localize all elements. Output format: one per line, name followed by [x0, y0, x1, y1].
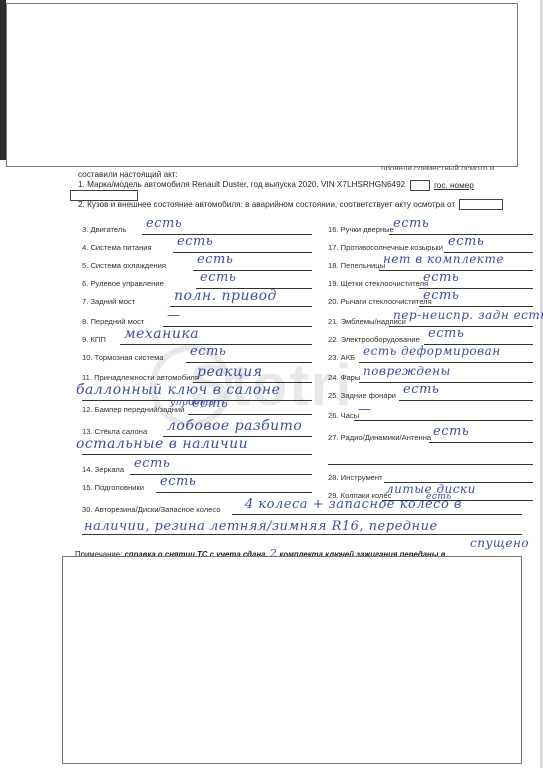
item-handwritten-value: есть: [428, 326, 464, 341]
item-label: 20. Рычаги стеклоочистителя: [328, 297, 432, 306]
vin-tail-field[interactable]: [410, 180, 430, 191]
item-handwritten-value: —: [358, 402, 372, 417]
item-label: 8. Передний мост: [82, 317, 144, 326]
item-label: 9. КПП: [82, 335, 106, 344]
intro-text: составили настоящий акт:: [78, 170, 178, 179]
item-handwritten-value: есть: [423, 288, 459, 303]
item-label: 19. Щетки стеклоочистителя: [328, 279, 428, 288]
redacted-region-bottom: [62, 556, 522, 764]
item-label: 23. АКБ: [328, 353, 355, 362]
item-handwritten-value: есть: [190, 344, 226, 359]
item-30-label: 30. Авторезина/Диски/Запасное колесо: [82, 505, 221, 514]
item-label: 28. Инструмент: [328, 473, 383, 482]
inspection-date-field[interactable]: [459, 199, 503, 210]
item-fill-line: [156, 492, 312, 493]
item-handwritten-value: есть: [177, 234, 213, 249]
item-fill-line: [359, 362, 533, 363]
item-handwritten-value: повреждены: [363, 364, 451, 378]
item-30-handwriting-3: спущено: [470, 536, 529, 550]
item-handwritten-value: есть: [393, 216, 429, 231]
item-handwritten-value: есть: [433, 424, 469, 439]
item-fill-line: [170, 306, 312, 307]
redacted-region-top: [6, 3, 518, 167]
item-handwritten-value: есть: [160, 474, 196, 489]
item-fill-line: [130, 474, 312, 475]
item-handwritten-value-extra: есть: [426, 492, 452, 502]
item-label: 14. Зеркала: [82, 465, 124, 474]
item-handwritten-value: есть: [200, 270, 236, 285]
item-handwritten-value: есть: [146, 216, 182, 231]
item-label: 27. Радио/Динамики/Антенна: [328, 433, 431, 442]
item1-text: 1. Марка/модель автомобиля Renault Duste…: [78, 180, 405, 189]
item-fill-line: [419, 306, 533, 307]
item-fill-line: [399, 400, 533, 401]
item-fill-line-2: [82, 454, 312, 455]
left-item-row: 15. Подголовники: [82, 480, 312, 494]
item-label: 6. Рулевое управление: [82, 279, 164, 288]
right-item-row: [328, 452, 533, 466]
item-fill-line: [186, 362, 312, 363]
item-label: 12. Бампер передний/задний: [82, 405, 184, 414]
item-label: 5. Система охлаждения: [82, 261, 166, 270]
item-label: 15. Подголовники: [82, 483, 144, 492]
item-handwritten-value: есть: [197, 252, 233, 267]
item-handwritten-value: лобовое разбито: [167, 418, 302, 434]
item-label: 18. Пепельницы: [328, 261, 385, 270]
item-handwritten-value: есть: [448, 234, 484, 249]
item-label: 7. Задний мост: [82, 297, 135, 306]
item-label: 3. Двигатель: [82, 225, 126, 234]
item-label: 4. Система питания: [82, 243, 152, 252]
item-handwritten-value-2: остальные в наличии: [76, 436, 248, 452]
item-handwritten-value: есть деформирован: [363, 344, 501, 358]
item-label: 11. Принадлежности автомобиля: [82, 373, 199, 382]
item-handwritten-value: есть: [423, 270, 459, 285]
item-handwritten-value: есть: [192, 396, 228, 411]
item-label: 24. Фары: [328, 373, 360, 382]
item-handwritten-value: есть: [403, 382, 439, 397]
item-label: 22. Электрооборудование: [328, 335, 420, 344]
item-handwritten-value: нет в комплекте: [383, 252, 504, 266]
item-30-handwriting-2: наличии, резина летняя/зимняя R16, перед…: [84, 519, 438, 534]
item-fill-line: [142, 234, 312, 235]
item-fill-line: [328, 464, 533, 465]
item-handwritten-value: —: [167, 308, 181, 323]
item-label: 10. Тормозная система: [82, 353, 164, 362]
right-item-row: 27. Радио/Динамики/Антенна: [328, 430, 533, 444]
item-label: 26. Часы: [328, 411, 359, 420]
header-cut-text: ..., провели совместный осмотр и: [370, 164, 494, 170]
item-label: 13. Стёкла салона: [82, 427, 147, 436]
item-handwritten-value: пер-неиспр. задн есть: [393, 308, 543, 322]
item-handwritten-value: полн. привод: [174, 288, 277, 304]
right-item-row: 16. Ручки дверные: [328, 222, 533, 236]
item-fill-line: [173, 252, 312, 253]
left-item-row: 14. Зеркала: [82, 462, 312, 476]
item-fill-line: [188, 414, 312, 415]
item-label: 29. Колпаки колёс: [328, 491, 392, 500]
item-fill-line: [354, 420, 533, 421]
item-label: 16. Ручки дверные: [328, 225, 394, 234]
item-fill-line: [382, 500, 533, 501]
item-label: 17. Противосолнечные козырьки: [328, 243, 443, 252]
item-fill-line: [429, 442, 533, 443]
plate-label: гос. номер: [434, 181, 474, 190]
item-handwritten-value-2: баллонный ключ в салоне: [76, 382, 280, 398]
item-handwritten-value: реакция: [197, 364, 263, 380]
item-30-line-2: [82, 534, 522, 535]
item-handwritten-value: механика: [124, 326, 199, 342]
item2-text: 2. Кузов и внешнее состояние автомобиля:…: [78, 200, 455, 209]
item-handwritten-value: есть: [134, 456, 170, 471]
item-fill-line: [359, 382, 533, 383]
item-30-line: [232, 514, 522, 515]
item-label: 25. Задние фонари: [328, 391, 396, 400]
